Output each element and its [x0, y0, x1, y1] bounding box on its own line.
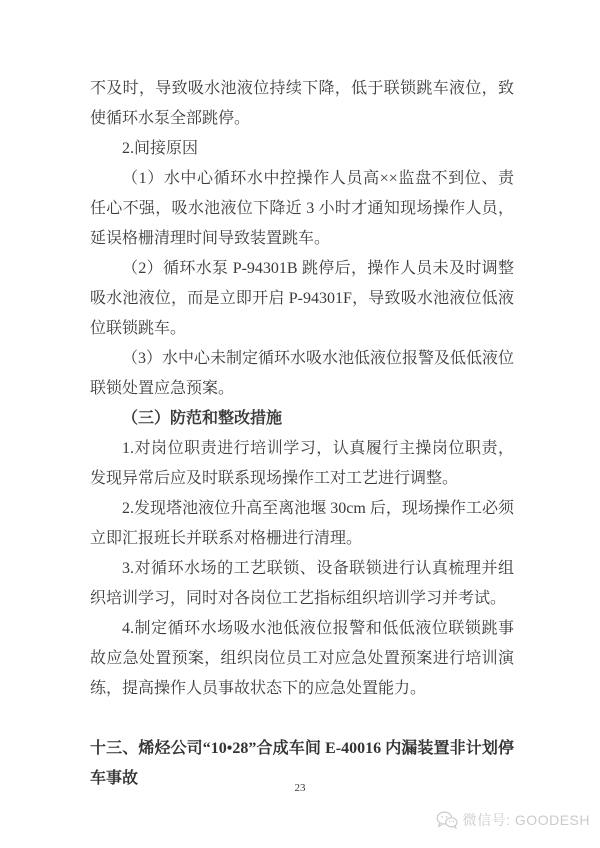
body-paragraph: （1）水中心循环水中控操作人员高××监盘不到位、责任心不强，吸水池液位下降近 3… — [90, 164, 514, 254]
body-paragraph: （2）循环水泵 P-94301B 跳停后，操作人员未及时调整吸水池液位，而是立即… — [90, 254, 514, 344]
subsection-heading: （三）防范和整改措施 — [90, 404, 514, 434]
body-paragraph: 4.制定循环水场吸水池低液位报警和低低液位联锁跳事故应急处置预案，组织岗位员工对… — [90, 614, 514, 704]
document-page: 不及时，导致吸水池液位持续下降，低于联锁跳车液位，致使循环水泵全部跳停。 2.间… — [0, 0, 600, 848]
watermark: 微信号: GOODESH — [436, 810, 590, 830]
body-paragraph: 不及时，导致吸水池液位持续下降，低于联锁跳车液位，致使循环水泵全部跳停。 — [90, 74, 514, 134]
body-paragraph: （3）水中心未制定循环水吸水池低液位报警及低低液位联锁处置应急预案。 — [90, 344, 514, 404]
document-body: 不及时，导致吸水池液位持续下降，低于联锁跳车液位，致使循环水泵全部跳停。 2.间… — [90, 74, 514, 794]
page-number: 23 — [0, 782, 600, 794]
body-paragraph: 1.对岗位职责进行培训学习，认真履行主操岗位职责，发现异常后应及时联系现场操作工… — [90, 434, 514, 494]
body-paragraph: 2.发现塔池液位升高至离池堰 30cm 后，现场操作工必须立即汇报班长并联系对格… — [90, 494, 514, 554]
body-paragraph: 3.对循环水场的工艺联锁、设备联锁进行认真梳理并组织培训学习，同时对各岗位工艺指… — [90, 554, 514, 614]
wechat-icon — [436, 811, 458, 829]
body-paragraph: 2.间接原因 — [90, 134, 514, 164]
watermark-label: 微信号: GOODESH — [463, 810, 590, 830]
